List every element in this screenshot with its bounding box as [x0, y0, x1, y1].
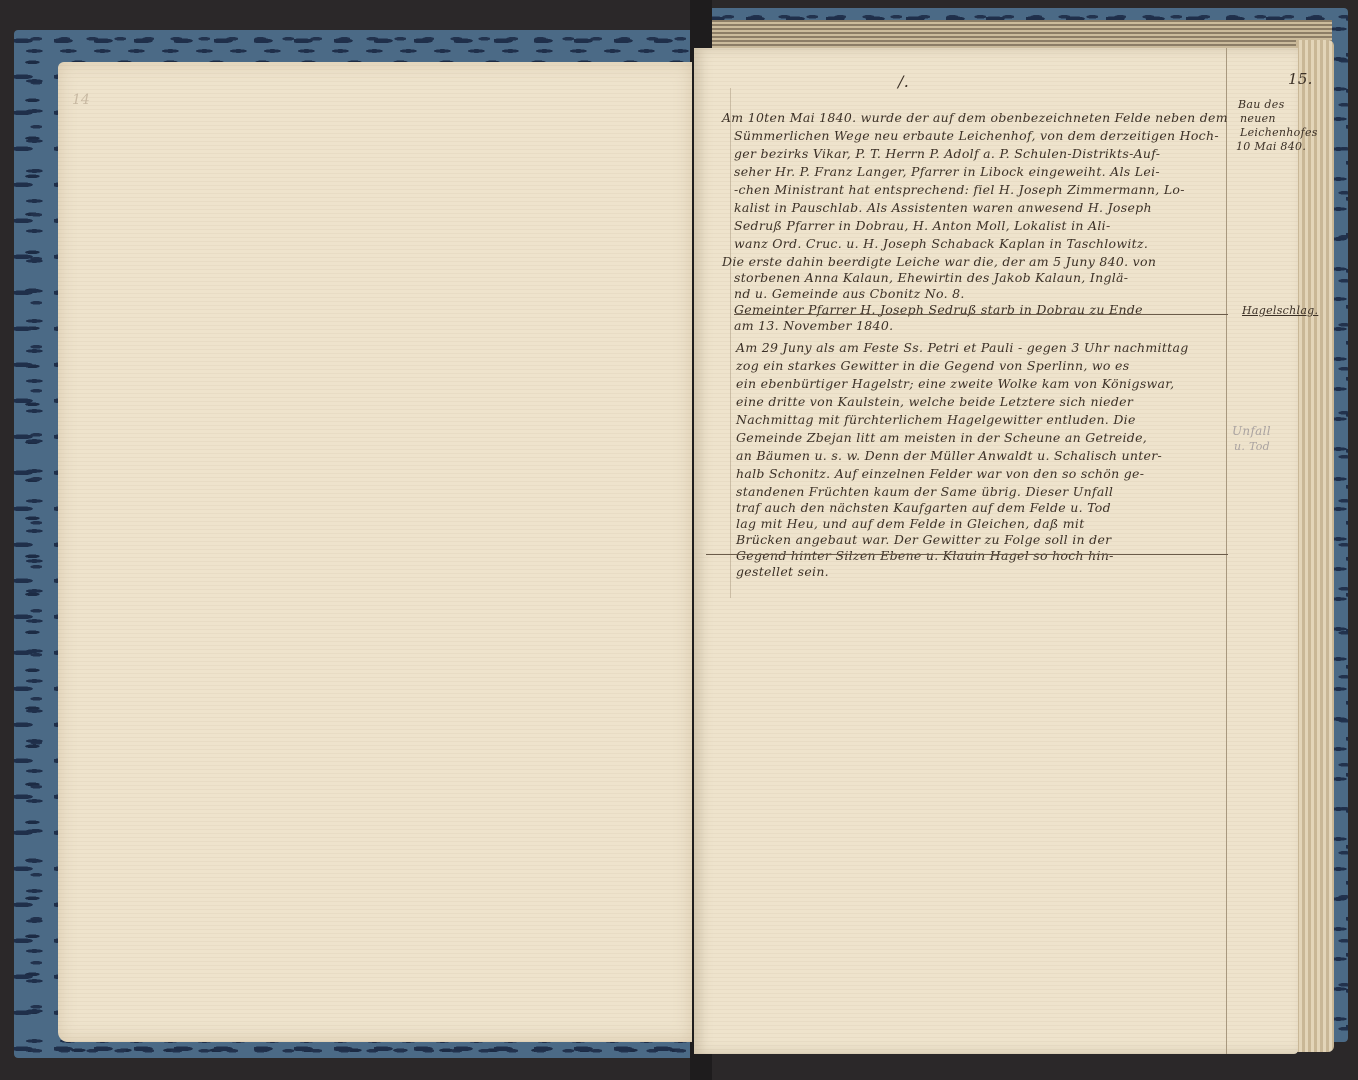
right-page-number: 15.	[1288, 70, 1313, 88]
entry-end-rule	[706, 554, 1228, 555]
margin-note: Unfall	[1232, 424, 1271, 438]
text-line: Sedruß Pfarrer in Dobrau, H. Anton Moll,…	[734, 218, 1111, 233]
text-line: ger bezirks Vikar, P. T. Herrn P. Adolf …	[734, 146, 1160, 161]
text-line: Gemeinde Zbejan litt am meisten in der S…	[736, 430, 1147, 445]
text-line: Sümmerlichen Wege neu erbaute Leichenhof…	[734, 128, 1219, 143]
margin-note: u. Tod	[1234, 440, 1270, 453]
text-line: gestellet sein.	[736, 564, 829, 579]
left-page-number: 14	[72, 92, 90, 108]
text-line: lag mit Heu, und auf dem Felde in Gleich…	[736, 516, 1085, 531]
page-top-edges	[712, 20, 1332, 50]
text-line: kalist in Pauschlab. Als Assistenten war…	[734, 200, 1152, 215]
text-line: am 13. November 1840.	[734, 318, 893, 333]
header-mark: /.	[898, 72, 909, 91]
margin-rule	[1226, 48, 1227, 1054]
text-line: Die erste dahin beerdigte Leiche war die…	[722, 254, 1156, 269]
margin-note: Leichenhofes	[1240, 126, 1318, 139]
text-line: eine dritte von Kaulstein, welche beide …	[736, 394, 1133, 409]
left-page	[58, 62, 692, 1042]
text-left-rule	[730, 88, 731, 598]
text-line: Nachmittag mit fürchterlichem Hagelgewit…	[736, 412, 1136, 427]
margin-note: Hagelschlag.	[1242, 304, 1318, 317]
text-line: zog ein starkes Gewitter in die Gegend v…	[736, 358, 1129, 373]
margin-note: Bau des	[1238, 98, 1285, 111]
text-line: standenen Früchten kaum der Same übrig. …	[736, 484, 1113, 499]
text-line: Brücken angebaut war. Der Gewitter zu Fo…	[736, 532, 1111, 547]
text-line: Gegend hinter Silzen Ebene u. Klauin Hag…	[736, 548, 1114, 563]
text-line: storbenen Anna Kalaun, Ehewirtin des Jak…	[734, 270, 1128, 285]
text-line: an Bäumen u. s. w. Denn der Müller Anwal…	[736, 448, 1162, 463]
text-line: wanz Ord. Cruc. u. H. Joseph Schaback Ka…	[734, 236, 1148, 251]
text-line: -chen Ministrant hat entsprechend: fiel …	[734, 182, 1185, 197]
entry-divider	[734, 314, 1228, 315]
page-fore-edges	[1296, 40, 1334, 1052]
text-line: halb Schonitz. Auf einzelnen Felder war …	[736, 466, 1144, 481]
text-line: Am 10ten Mai 1840. wurde der auf dem obe…	[722, 110, 1228, 125]
margin-note: neuen	[1240, 112, 1276, 125]
text-line: nd u. Gemeinde aus Cbonitz No. 8.	[734, 286, 965, 301]
text-line: seher Hr. P. Franz Langer, Pfarrer in Li…	[734, 164, 1160, 179]
text-line: traf auch den nächsten Kaufgarten auf de…	[736, 500, 1111, 515]
margin-note: 10 Mai 840.	[1236, 140, 1306, 153]
text-line: ein ebenbürtiger Hagelstr; eine zweite W…	[736, 376, 1174, 391]
text-line: Am 29 Juny als am Feste Ss. Petri et Pau…	[736, 340, 1189, 355]
